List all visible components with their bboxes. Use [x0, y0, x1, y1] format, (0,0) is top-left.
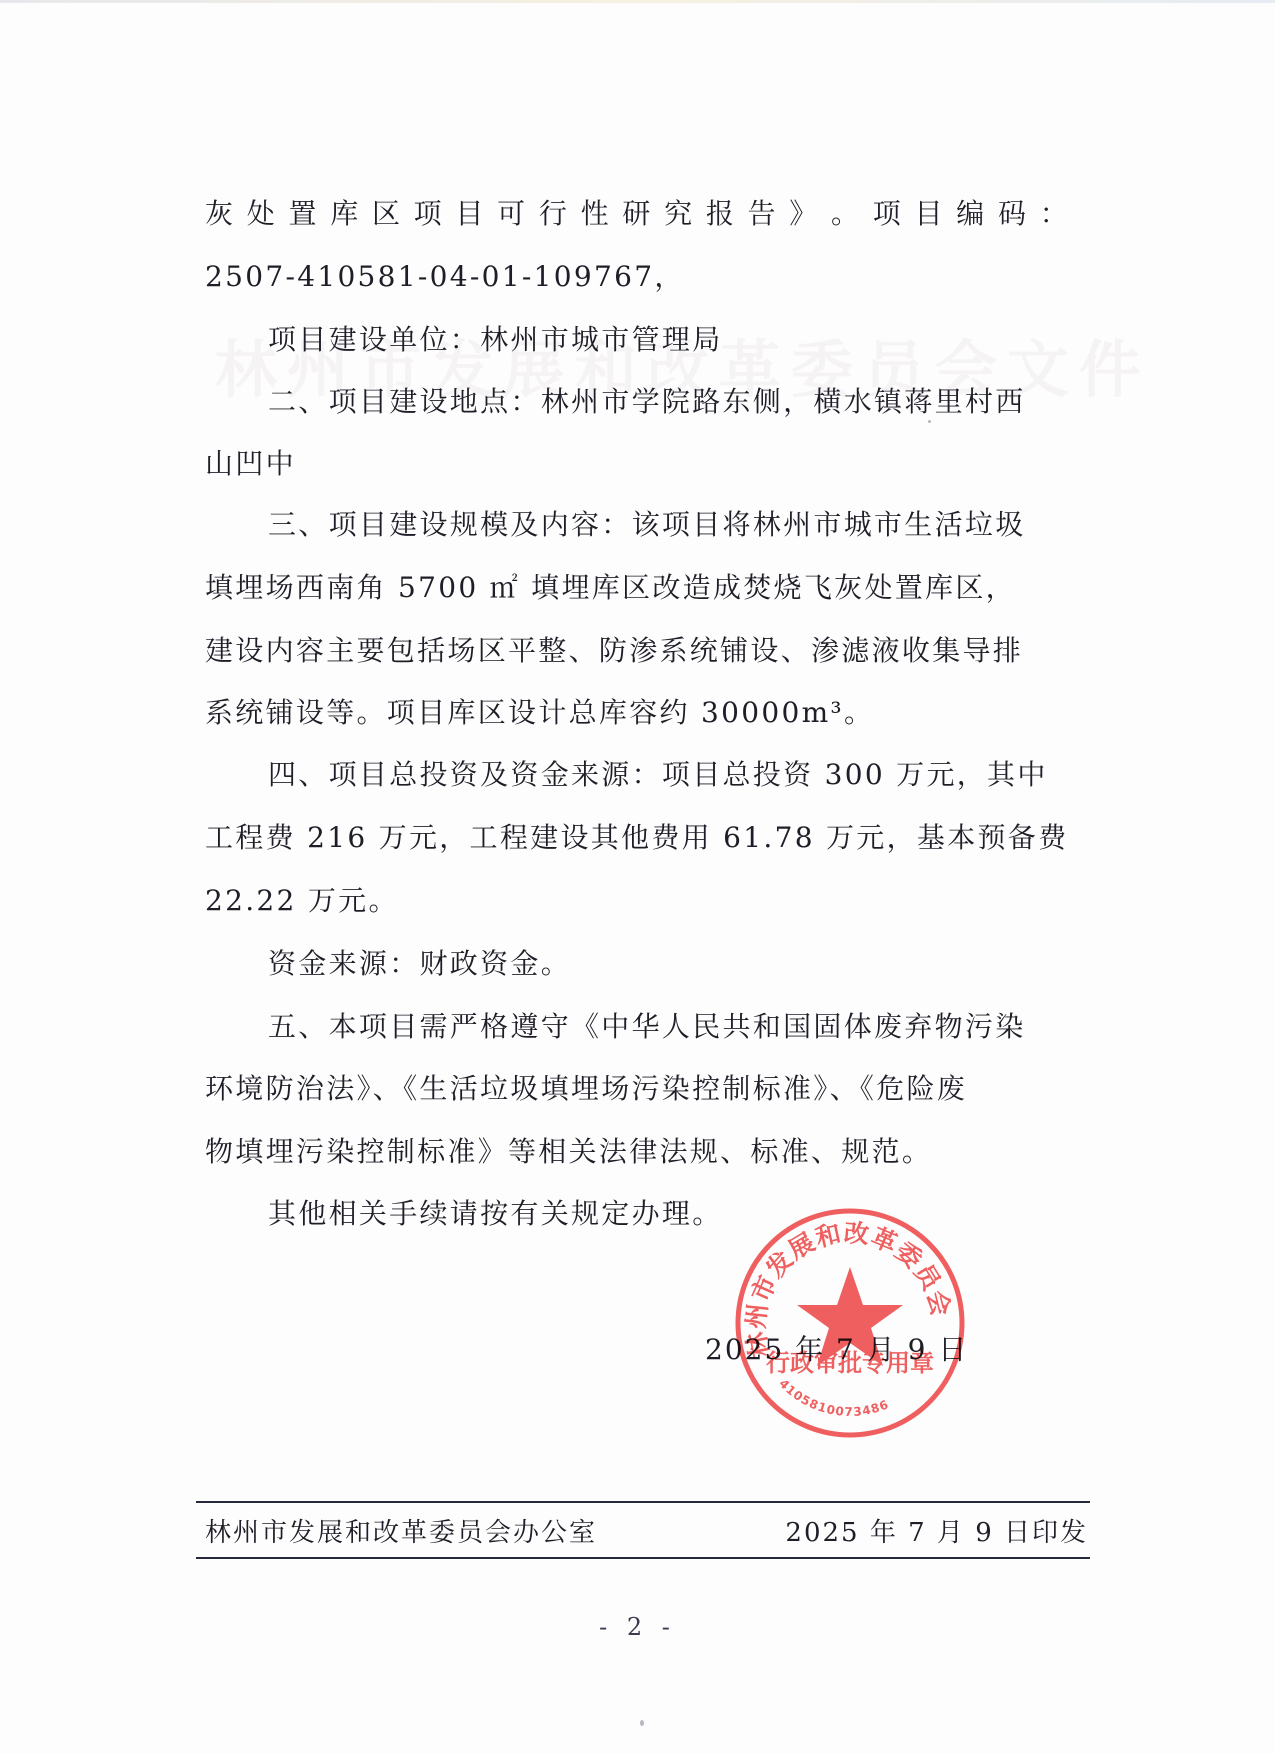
body-line: 三、项目建设规模及内容：该项目将林州市城市生活垃圾 — [268, 505, 1153, 545]
body-line: 物填埋污染控制标准》等相关法律法规、标准、规范。 — [205, 1132, 1090, 1172]
page-number: - 2 - — [0, 1610, 1275, 1644]
body-line: 五、本项目需严格遵守《中华人民共和国固体废弃物污染 — [268, 1007, 1153, 1047]
scan-speck — [640, 1720, 644, 1726]
footer-issue-date: 2025 年 7 月 9 日印发 — [785, 1515, 1088, 1551]
body-line: 项目建设单位：林州市城市管理局 — [268, 320, 1153, 360]
body-line: 山凹中 — [205, 444, 1090, 484]
footer-top-rule — [196, 1501, 1090, 1503]
signature-date: 2025 年 7 月 9 日 — [705, 1330, 968, 1370]
svg-text:4105810073486: 4105810073486 — [776, 1376, 891, 1419]
footer-bottom-rule — [196, 1557, 1090, 1559]
body-line: 2507-410581-04-01-109767， — [205, 257, 1090, 297]
body-line: 系统铺设等。项目库区设计总库容约 30000m³。 — [205, 693, 1090, 733]
page-top-edge — [0, 0, 1275, 3]
body-line: 建设内容主要包括场区平整、防渗系统铺设、渗滤液收集导排 — [205, 631, 1090, 671]
stamp-code: 4105810073486 — [776, 1376, 891, 1419]
body-line: 填埋场西南角 5700 ㎡ 填埋库区改造成焚烧飞灰处置库区， — [205, 568, 1090, 608]
scan-speck — [928, 420, 931, 423]
body-line: 二、项目建设地点：林州市学院路东侧，横水镇蒋里村西 — [268, 382, 1153, 422]
body-line: 资金来源：财政资金。 — [268, 944, 1153, 984]
body-line: 工程费 216 万元，工程建设其他费用 61.78 万元，基本预备费 — [205, 818, 1090, 858]
body-line: 环境防治法》、《生活垃圾填埋场污染控制标准》、《危险废 — [205, 1069, 1090, 1109]
footer-issuer: 林州市发展和改革委员会办公室 — [205, 1515, 597, 1551]
body-line: 其他相关手续请按有关规定办理。 — [268, 1194, 1153, 1234]
body-line: 灰处置库区项目可行性研究报告》。项目编码： — [205, 194, 1070, 234]
body-line: 四、项目总投资及资金来源：项目总投资 300 万元，其中 — [268, 755, 1153, 795]
body-line: 22.22 万元。 — [205, 881, 1090, 921]
official-seal-stamp: 林州市发展和改革委员会 行政审批专用章 4105810073486 — [732, 1205, 968, 1441]
